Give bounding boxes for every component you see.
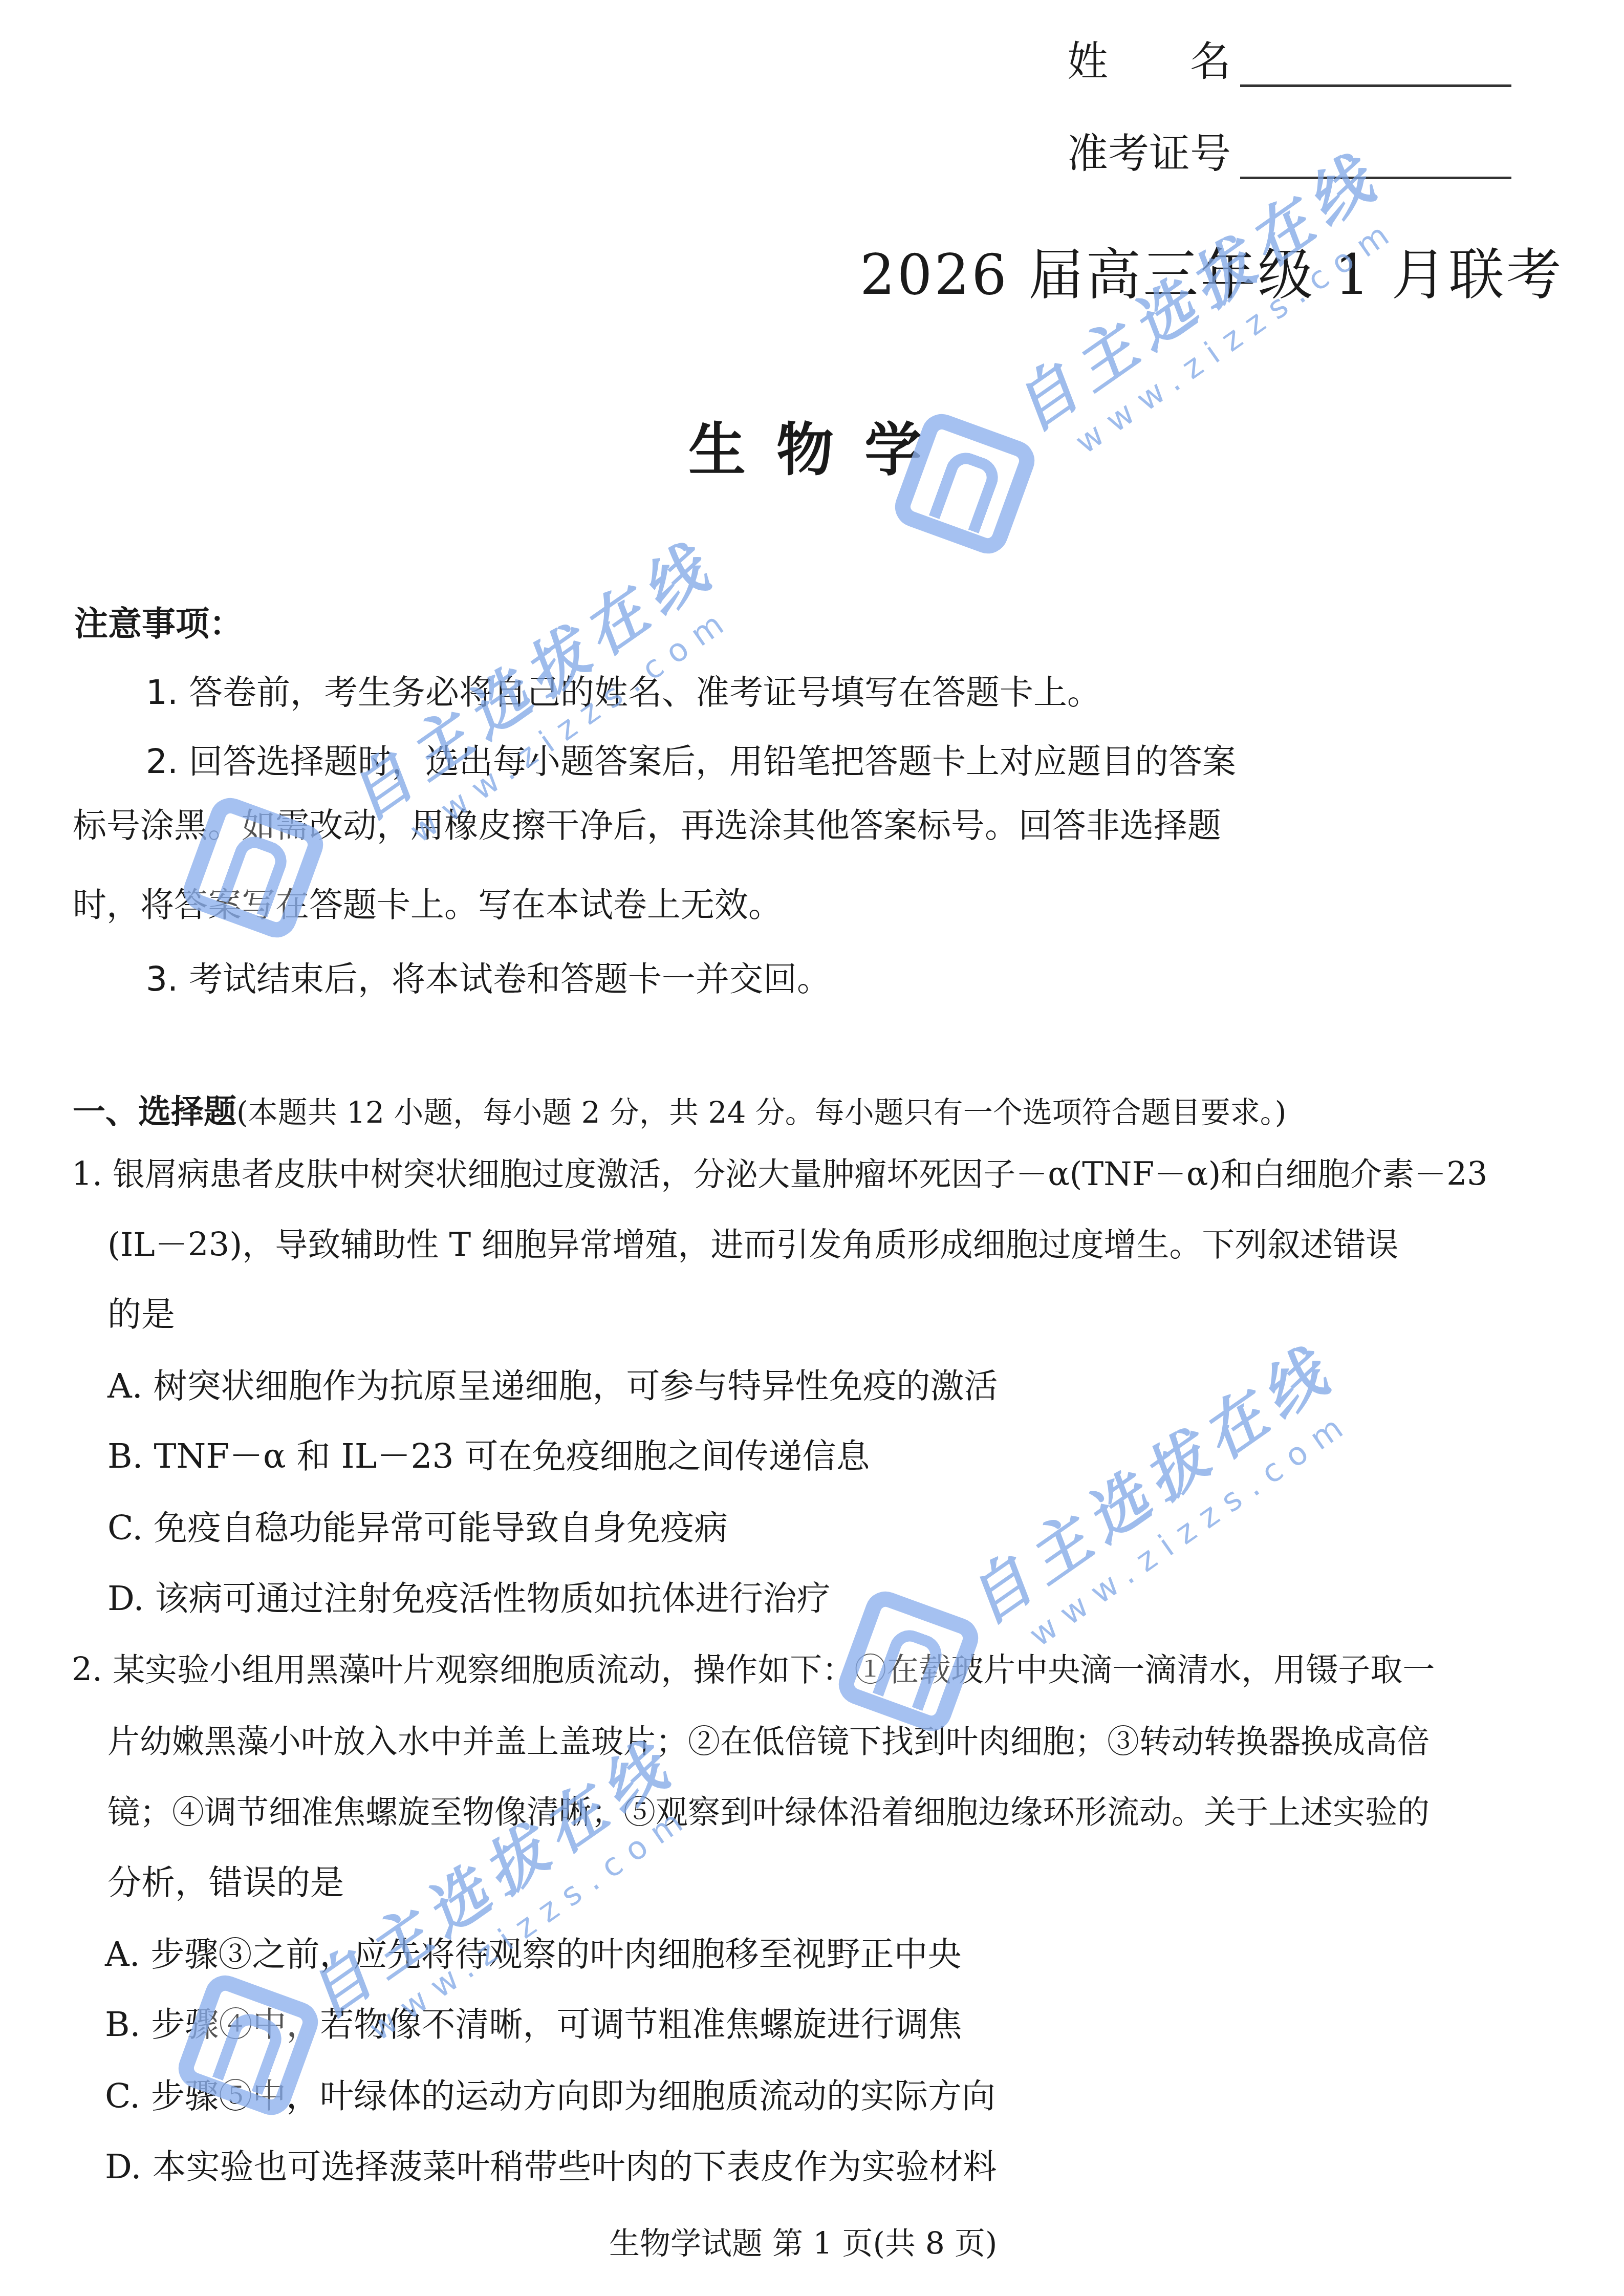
notice-item-2-cont2: 时，将答案写在答题卡上。写在本试卷上无效。 (73, 888, 782, 922)
option-a: A. 树突状细胞作为抗原呈递细胞，可参与特异性免疫的激活 (107, 1369, 998, 1403)
watermark-text: 自主选拔在线 www.zizzs.com (946, 1322, 1371, 1671)
question-stem-line: 的是 (107, 1298, 175, 1332)
question-stem-line: 镜；④调节细准焦螺旋至物像清晰；⑤观察到叶绿体沿着细胞边缘环形流动。关于上述实验… (107, 1796, 1430, 1828)
watermark-cn: 自主选拔在线 (954, 1333, 1348, 1638)
watermark-logo-icon (833, 1586, 984, 1737)
name-field: 姓 名 (1067, 28, 1511, 87)
question-stem-line: 2. 某实验小组用黑藻叶片观察细胞质流动，操作如下：①在载玻片中央滴一滴清水，用… (72, 1654, 1435, 1686)
ticket-label: 准考证号 (1067, 120, 1231, 179)
notice-item-3: 3. 考试结束后，将本试卷和答题卡一并交回。 (146, 962, 831, 996)
question-stem-line: 分析，错误的是 (107, 1866, 344, 1900)
page-footer: 生物学试题 第 1 页(共 8 页) (609, 2219, 998, 2263)
question-stem-line: 1. 银屑病患者皮肤中树突状细胞过度激活，分泌大量肿瘤坏死因子－α(TNF－α)… (72, 1158, 1487, 1190)
option-c: C. 免疫自稳功能异常可能导致自身免疫病 (107, 1511, 728, 1545)
notice-heading: 注意事项： (74, 596, 243, 645)
option-b: B. TNF－α 和 IL－23 可在免疫细胞之间传递信息 (107, 1440, 870, 1473)
watermark-cn: 自主选拔在线 (294, 1727, 687, 2032)
name-blank-line (1240, 74, 1511, 87)
option-d: D. 该病可通过注射免疫活性物质如抗体进行治疗 (107, 1582, 831, 1616)
section-title: 一、选择题 (73, 1092, 236, 1131)
section-note: (本题共 12 小题，每小题 2 分，共 24 分。每小题只有一个选项符合题目要… (236, 1095, 1286, 1130)
notice-item-2: 2. 回答选择题时，选出每小题答案后，用铅笔把答题卡上对应题目的答案 (146, 745, 1236, 779)
name-label: 姓 名 (1067, 28, 1231, 87)
question-stem-line: 片幼嫩黑藻小叶放入水中并盖上盖玻片；②在低倍镜下找到叶肉细胞；③转动转换器换成高… (107, 1725, 1430, 1757)
question-stem-line: (IL－23)，导致辅助性 T 细胞异常增殖，进而引发角质形成细胞过度增生。下列… (107, 1229, 1399, 1261)
section-heading: 一、选择题(本题共 12 小题，每小题 2 分，共 24 分。每小题只有一个选项… (73, 1085, 1286, 1132)
option-d: D. 本实验也可选择菠菜叶稍带些叶肉的下表皮作为实验材料 (105, 2150, 997, 2184)
